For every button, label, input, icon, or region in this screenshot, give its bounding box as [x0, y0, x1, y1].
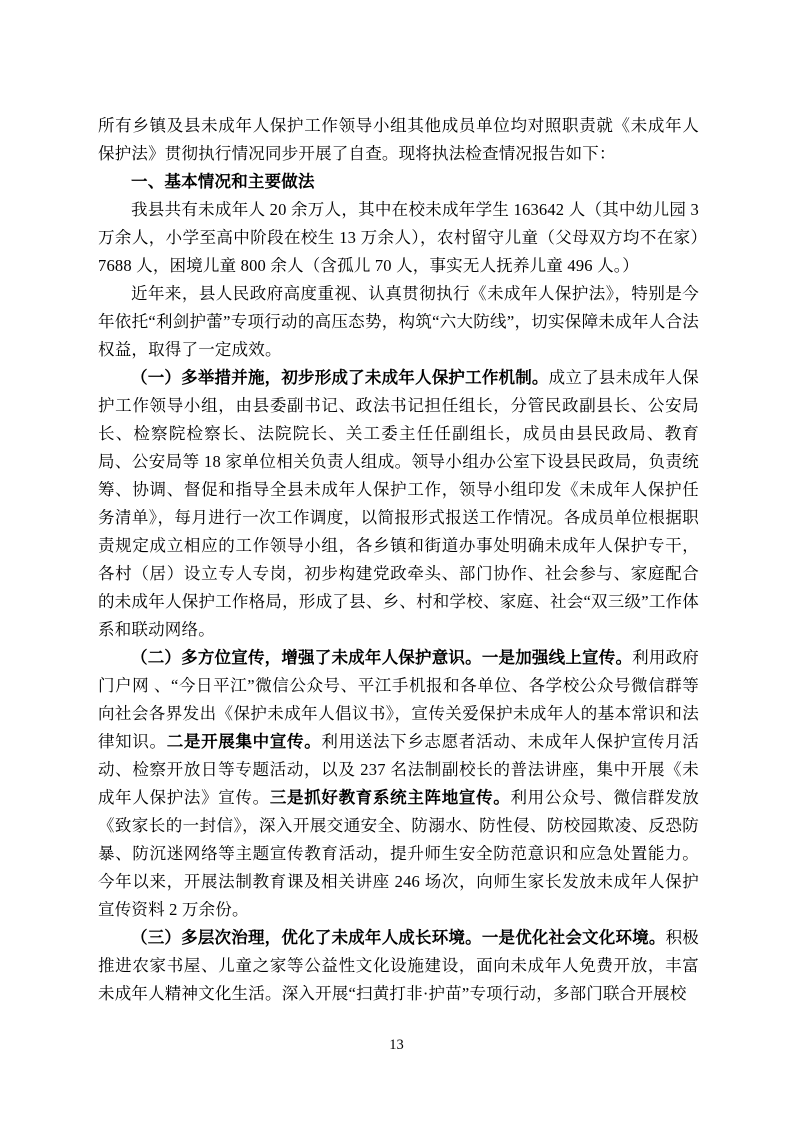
paragraph: （三）多层次治理，优化了未成年人成长环境。一是优化社会文化环境。积极推进农家书屋…	[98, 924, 699, 1008]
document-body: 所有乡镇及县未成年人保护工作领导小组其他成员单位均对照职责就《未成年人保护法》贯…	[98, 112, 699, 1008]
text-run: 所有乡镇及县未成年人保护工作领导小组其他成员单位均对照职责就《未成年人保护法》贯…	[98, 116, 699, 163]
text-run: 我县共有未成年人 20 余万人，其中在校未成年学生 163642 人（其中幼儿园…	[98, 200, 699, 275]
bold-text-run: （三）多层次治理，优化了未成年人成长环境。一是优化社会文化环境。	[131, 928, 666, 947]
paragraph: 我县共有未成年人 20 余万人，其中在校未成年学生 163642 人（其中幼儿园…	[98, 196, 699, 280]
paragraph: 近年来，县人民政府高度重视、认真贯彻执行《未成年人保护法》，特别是今年依托“利剑…	[98, 280, 699, 364]
paragraph: （二）多方位宣传，增强了未成年人保护意识。一是加强线上宣传。利用政府门户网 、“…	[98, 644, 699, 924]
bold-text-run: （二）多方位宣传，增强了未成年人保护意识。一是加强线上宣传。	[131, 648, 632, 667]
text-run: 成立了县未成年人保护工作领导小组，由县委副书记、政法书记担任组长，分管民政副县长…	[98, 368, 699, 639]
document-page: 所有乡镇及县未成年人保护工作领导小组其他成员单位均对照职责就《未成年人保护法》贯…	[0, 0, 793, 1122]
section-heading: 一、基本情况和主要做法	[98, 168, 699, 196]
text-run: 利用公众号、微信群发放《致家长的一封信》，深入开展交通安全、防溺水、防性侵、防校…	[98, 788, 699, 919]
text-run: 近年来，县人民政府高度重视、认真贯彻执行《未成年人保护法》，特别是今年依托“利剑…	[98, 284, 699, 359]
paragraph: 所有乡镇及县未成年人保护工作领导小组其他成员单位均对照职责就《未成年人保护法》贯…	[98, 112, 699, 168]
bold-text-run: 二是开展集中宣传。	[167, 732, 322, 751]
paragraph: （一）多举措并施，初步形成了未成年人保护工作机制。成立了县未成年人保护工作领导小…	[98, 364, 699, 644]
bold-text-run: （一）多举措并施，初步形成了未成年人保护工作机制。	[131, 368, 549, 387]
bold-text-run: 一、基本情况和主要做法	[131, 173, 315, 191]
page-number: 13	[0, 1034, 793, 1056]
bold-text-run: 三是抓好教育系统主阵地宣传。	[270, 788, 511, 807]
